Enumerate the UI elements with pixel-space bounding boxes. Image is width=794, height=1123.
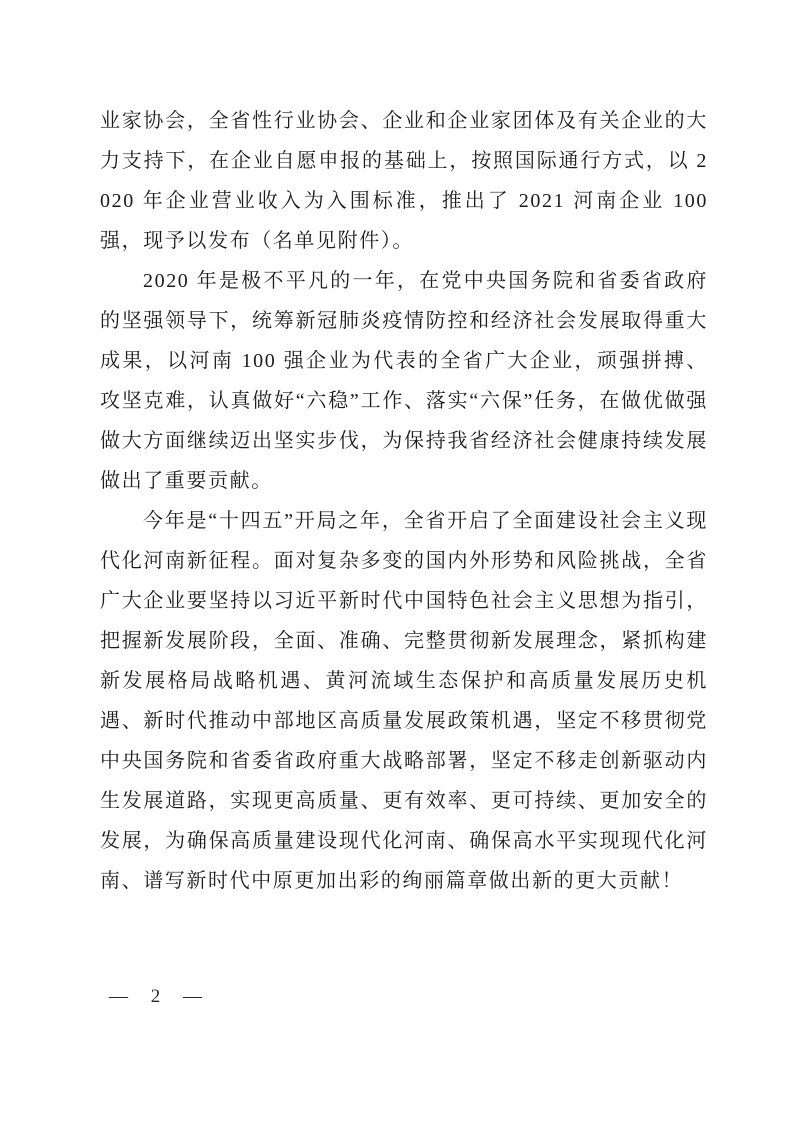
page-number: — 2 — xyxy=(109,986,211,1008)
paragraph-continuation: 业家协会，全省性行业协会、企业和企业家团体及有关企业的大力支持下，在企业自愿申报… xyxy=(100,101,708,261)
paragraph-outlook-14th-five-year: 今年是“十四五”开局之年，全省开启了全面建设社会主义现代化河南新征程。面对复杂多… xyxy=(100,501,708,901)
paragraph-2020-review: 2020 年是极不平凡的一年，在党中央国务院和省委省政府的坚强领导下，统筹新冠肺… xyxy=(100,261,708,501)
document-page: 业家协会，全省性行业协会、企业和企业家团体及有关企业的大力支持下，在企业自愿申报… xyxy=(0,0,794,1123)
document-body: 业家协会，全省性行业协会、企业和企业家团体及有关企业的大力支持下，在企业自愿申报… xyxy=(100,101,708,901)
